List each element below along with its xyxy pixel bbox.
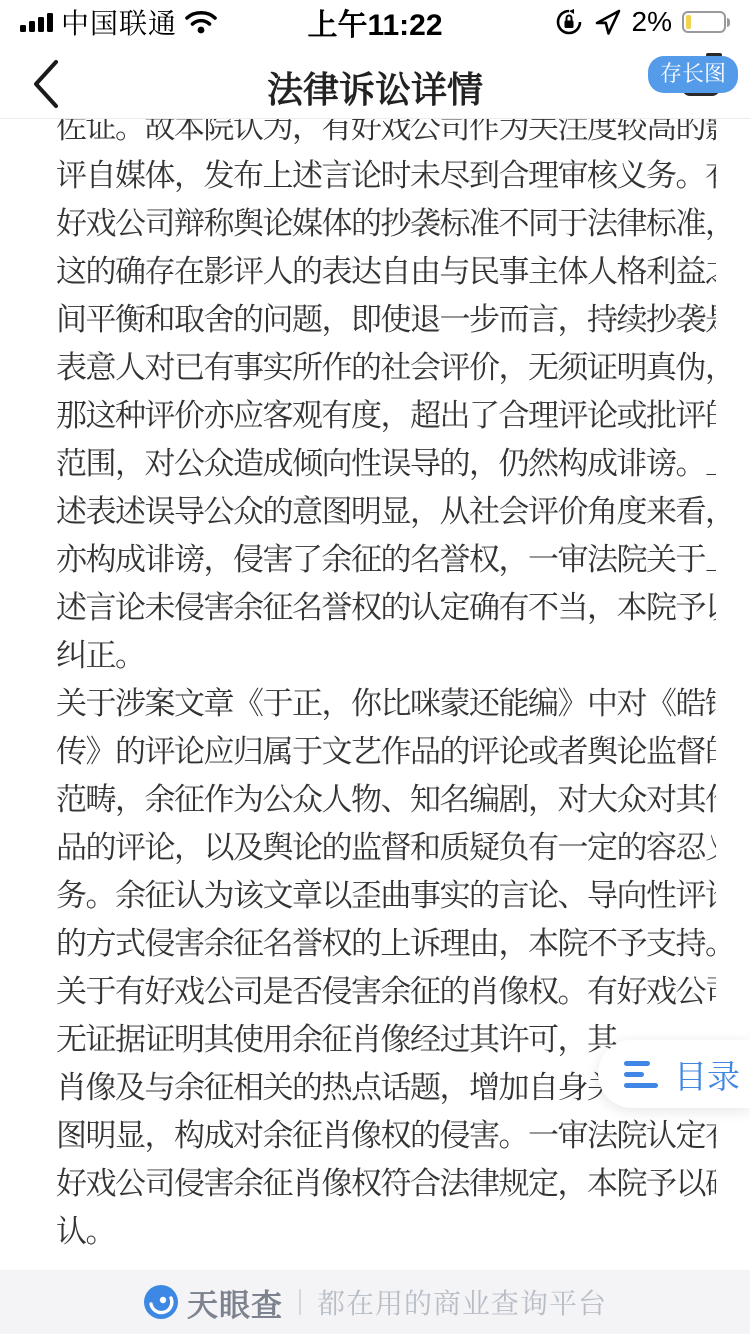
toc-button[interactable]: 目录 <box>598 1040 750 1108</box>
battery-percent-label: 2% <box>632 6 672 38</box>
footer-tagline: 都在用的商业查询平台 <box>317 1282 607 1322</box>
battery-icon <box>682 11 730 33</box>
body-text-line: 认。 <box>56 1208 716 1256</box>
body-text-line: 图明显，构成对余征肖像权的侵害。一审法院认定有 <box>56 1112 716 1160</box>
body-text-line: 间平衡和取舍的问题，即使退一步而言，持续抄袭是 <box>56 296 716 344</box>
save-long-image-badge[interactable]: 存长图 <box>648 56 738 93</box>
body-text-line: 表意人对已有事实所作的社会评价，无须证明真伪， <box>56 344 716 392</box>
body-text-line: 那这种评价亦应客观有度，超出了合理评论或批评的 <box>56 392 716 440</box>
body-text-line: 述表述误导公众的意图明显，从社会评价角度来看， <box>56 488 716 536</box>
brand-name: 天眼查 <box>187 1280 283 1325</box>
body-text-line: 品的评论，以及舆论的监督和质疑负有一定的容忍义 <box>56 824 716 872</box>
location-arrow-icon <box>594 8 622 36</box>
body-text-line: 关于有好戏公司是否侵害余征的肖像权。有好戏公司 <box>56 968 716 1016</box>
wifi-icon <box>185 9 217 35</box>
body-text-line: 关于涉案文章《于正，你比咪蒙还能编》中对《皓镧 <box>56 680 716 728</box>
body-text-line: 范畴，余征作为公众人物、知名编剧，对大众对其作 <box>56 776 716 824</box>
tianyancha-eye-logo <box>143 1284 179 1320</box>
toc-button-label: 目录 <box>674 1051 740 1098</box>
body-text-line: 务。余征认为该文章以歪曲事实的言论、导向性评论 <box>56 872 716 920</box>
body-text-line: 传》的评论应归属于文艺作品的评论或者舆论监督的 <box>56 728 716 776</box>
page-title: 法律诉讼详情 <box>0 62 750 113</box>
body-text-line: 好戏公司侵害余征肖像权符合法律规定，本院予以确 <box>56 1160 716 1208</box>
orientation-lock-icon <box>554 7 584 37</box>
body-text-line: 纠正。 <box>56 632 716 680</box>
carrier-label: 中国联通 <box>61 2 177 42</box>
body-text-line: 评自媒体，发布上述言论时未尽到合理审核义务。有 <box>56 152 716 200</box>
body-text-line: 这的确存在影评人的表达自由与民事主体人格利益之 <box>56 248 716 296</box>
footer-divider <box>299 1289 301 1315</box>
body-text-line: 述言论未侵害余征名誉权的认定确有不当，本院予以 <box>56 584 716 632</box>
body-text-line: 的方式侵害余征名誉权的上诉理由，本院不予支持。 <box>56 920 716 968</box>
status-bar: 中国联通 上午11:22 2% <box>0 0 750 44</box>
cellular-signal-icon <box>20 10 53 35</box>
list-icon <box>624 1061 660 1088</box>
nav-bar: 法律诉讼详情 <box>0 44 750 119</box>
brand: 天眼查 <box>143 1280 283 1325</box>
body-text-line: 好戏公司辩称舆论媒体的抄袭标准不同于法律标准， <box>56 200 716 248</box>
footer-brand-bar: 天眼查 都在用的商业查询平台 <box>0 1270 750 1334</box>
body-text-line: 范围，对公众造成倾向性误导的，仍然构成诽谤。上 <box>56 440 716 488</box>
body-text-line: 亦构成诽谤，侵害了余征的名誉权，一审法院关于上 <box>56 536 716 584</box>
